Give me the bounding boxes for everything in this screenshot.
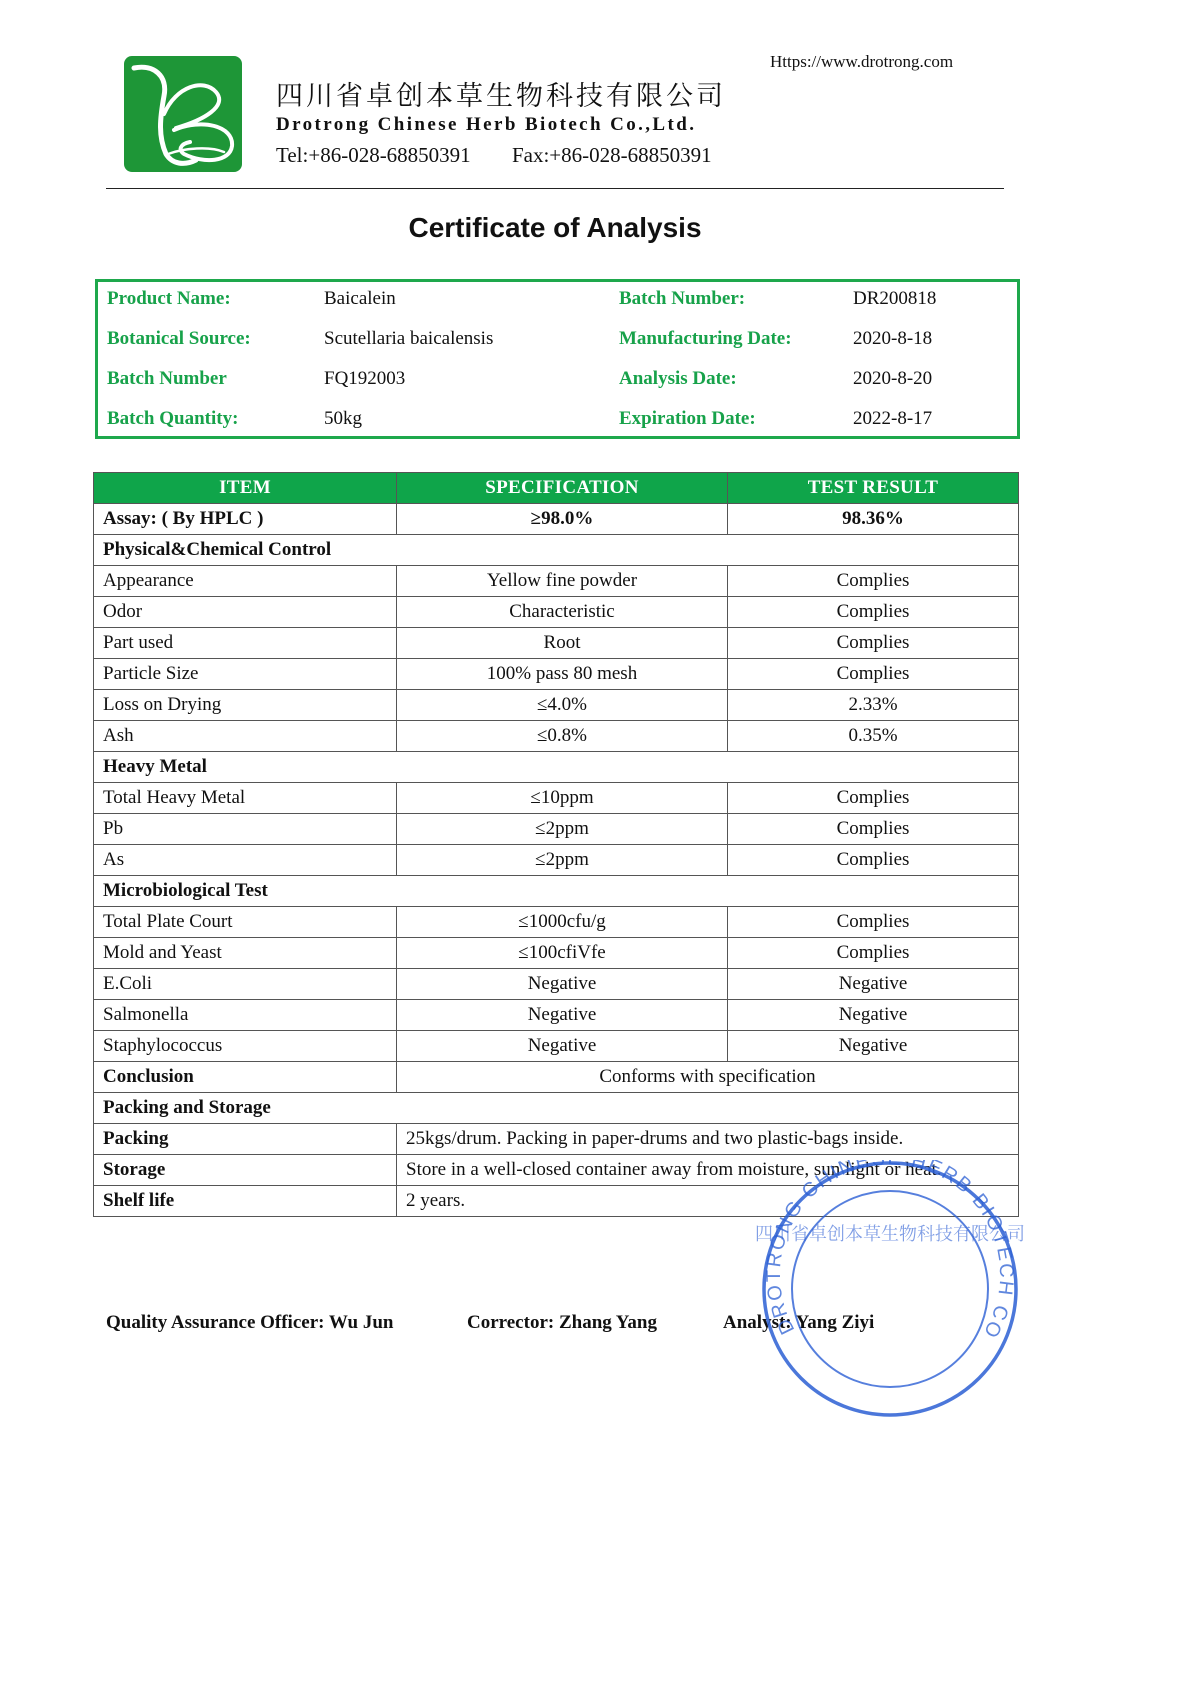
item-cell: Appearance — [94, 566, 397, 597]
table-row: E.ColiNegativeNegative — [94, 969, 1019, 1000]
column-header-test-result: TEST RESULT — [728, 473, 1019, 504]
table-row: Total Heavy Metal≤10ppmComplies — [94, 783, 1019, 814]
test-result-cell: Negative — [728, 1031, 1019, 1062]
packing-row: Packing25kgs/drum. Packing in paper-drum… — [94, 1124, 1019, 1155]
specification-cell: Yellow fine powder — [397, 566, 728, 597]
test-result-cell: 0.35% — [728, 721, 1019, 752]
corrector-signature: Corrector: Zhang Yang — [467, 1312, 657, 1334]
specification-cell: Negative — [397, 969, 728, 1000]
table-row: Ash≤0.8%0.35% — [94, 721, 1019, 752]
page-title: Certificate of Analysis — [0, 212, 1110, 244]
specification-cell: Characteristic — [397, 597, 728, 628]
item-cell: Staphylococcus — [94, 1031, 397, 1062]
assay-item: Assay: ( By HPLC ) — [94, 504, 397, 535]
test-result-cell: Negative — [728, 969, 1019, 1000]
specification-cell: 100% pass 80 mesh — [397, 659, 728, 690]
item-cell: As — [94, 845, 397, 876]
telephone: Tel:+86-028-68850391 — [276, 143, 471, 168]
specification-cell: Negative — [397, 1031, 728, 1062]
botanical-source-label: Botanical Source: — [107, 328, 251, 350]
item-cell: Pb — [94, 814, 397, 845]
test-result-cell: Complies — [728, 783, 1019, 814]
item-cell: E.Coli — [94, 969, 397, 1000]
table-body: Assay: ( By HPLC ) ≥98.0% 98.36% Physica… — [94, 504, 1019, 1217]
table-row: Mold and Yeast≤100cfiVfeComplies — [94, 938, 1019, 969]
fax: Fax:+86-028-68850391 — [512, 143, 712, 168]
test-result-cell: Complies — [728, 659, 1019, 690]
storage-label: Storage — [94, 1155, 397, 1186]
table-header-row: ITEM SPECIFICATION TEST RESULT — [94, 473, 1019, 504]
botanical-source-value: Scutellaria baicalensis — [324, 328, 493, 350]
table-row: Particle Size100% pass 80 meshComplies — [94, 659, 1019, 690]
test-result-cell: 2.33% — [728, 690, 1019, 721]
batch-number-2-label: Batch Number — [107, 368, 227, 390]
specification-cell: ≤10ppm — [397, 783, 728, 814]
product-name-value: Baicalein — [324, 288, 396, 310]
item-cell: Ash — [94, 721, 397, 752]
column-header-item: ITEM — [94, 473, 397, 504]
analyst-signature: Analyst: Yang Ziyi — [723, 1312, 874, 1334]
expiration-date-label: Expiration Date: — [619, 408, 756, 430]
specification-cell: ≤1000cfu/g — [397, 907, 728, 938]
specification-cell: Negative — [397, 1000, 728, 1031]
manufacturing-date-value: 2020-8-18 — [853, 328, 932, 350]
specification-cell: ≤2ppm — [397, 845, 728, 876]
table-row: SalmonellaNegativeNegative — [94, 1000, 1019, 1031]
test-result-cell: Complies — [728, 845, 1019, 876]
table-row: Loss on Drying≤4.0%2.33% — [94, 690, 1019, 721]
section-title: Heavy Metal — [94, 752, 1019, 783]
info-row: Batch Number FQ192003 Analysis Date: 202… — [98, 368, 1017, 408]
specification-cell: Root — [397, 628, 728, 659]
table-row: As≤2ppmComplies — [94, 845, 1019, 876]
section-header-row: Heavy Metal — [94, 752, 1019, 783]
company-name-english: Drotrong Chinese Herb Biotech Co.,Ltd. — [276, 114, 696, 136]
test-result-cell: Complies — [728, 814, 1019, 845]
table-row: StaphylococcusNegativeNegative — [94, 1031, 1019, 1062]
test-result-cell: Complies — [728, 628, 1019, 659]
test-result-cell: Complies — [728, 938, 1019, 969]
batch-number-value: DR200818 — [853, 288, 936, 310]
packing-value: 25kgs/drum. Packing in paper-drums and t… — [397, 1124, 1019, 1155]
assay-row: Assay: ( By HPLC ) ≥98.0% 98.36% — [94, 504, 1019, 535]
assay-spec: ≥98.0% — [397, 504, 728, 535]
specification-cell: ≤0.8% — [397, 721, 728, 752]
item-cell: Particle Size — [94, 659, 397, 690]
table-row: Part usedRootComplies — [94, 628, 1019, 659]
column-header-specification: SPECIFICATION — [397, 473, 728, 504]
item-cell: Mold and Yeast — [94, 938, 397, 969]
analysis-date-label: Analysis Date: — [619, 368, 737, 390]
batch-quantity-label: Batch Quantity: — [107, 408, 238, 430]
svg-text:四川省卓创本草生物科技有限公司: 四川省卓创本草生物科技有限公司 — [755, 1224, 1025, 1245]
info-row: Product Name: Baicalein Batch Number: DR… — [98, 288, 1017, 328]
assay-result: 98.36% — [728, 504, 1019, 535]
leaf-b-logo-icon — [124, 56, 242, 172]
analysis-table: ITEM SPECIFICATION TEST RESULT Assay: ( … — [93, 472, 1019, 1217]
item-cell: Odor — [94, 597, 397, 628]
storage-value: Store in a well-closed container away fr… — [397, 1155, 1019, 1186]
specification-cell: ≤2ppm — [397, 814, 728, 845]
test-result-cell: Complies — [728, 907, 1019, 938]
expiration-date-value: 2022-8-17 — [853, 408, 932, 430]
section-title: Physical&Chemical Control — [94, 535, 1019, 566]
storage-row: StorageStore in a well-closed container … — [94, 1155, 1019, 1186]
conclusion-label: Conclusion — [94, 1062, 397, 1093]
contact-line: Tel:+86-028-68850391 Fax:+86-028-6885039… — [276, 143, 712, 168]
table-row: Pb≤2ppmComplies — [94, 814, 1019, 845]
specification-cell: ≤100cfiVfe — [397, 938, 728, 969]
conclusion-value: Conforms with specification — [397, 1062, 1019, 1093]
shelf-life-value: 2 years. — [397, 1186, 1019, 1217]
item-cell: Total Heavy Metal — [94, 783, 397, 814]
section-header-row: Packing and Storage — [94, 1093, 1019, 1124]
specification-cell: ≤4.0% — [397, 690, 728, 721]
packing-label: Packing — [94, 1124, 397, 1155]
conclusion-row: ConclusionConforms with specification — [94, 1062, 1019, 1093]
section-header-row: Physical&Chemical Control — [94, 535, 1019, 566]
item-cell: Part used — [94, 628, 397, 659]
section-header-row: Microbiological Test — [94, 876, 1019, 907]
test-result-cell: Negative — [728, 1000, 1019, 1031]
manufacturing-date-label: Manufacturing Date: — [619, 328, 792, 350]
analysis-date-value: 2020-8-20 — [853, 368, 932, 390]
company-website-link[interactable]: Https://www.drotrong.com — [770, 52, 953, 72]
company-logo — [124, 56, 242, 172]
shelf-life-row: Shelf life2 years. — [94, 1186, 1019, 1217]
header-divider — [106, 188, 1004, 189]
batch-number-label: Batch Number: — [619, 288, 745, 310]
info-row: Botanical Source: Scutellaria baicalensi… — [98, 328, 1017, 368]
item-cell: Loss on Drying — [94, 690, 397, 721]
section-title: Packing and Storage — [94, 1093, 1019, 1124]
table-row: Total Plate Court≤1000cfu/gComplies — [94, 907, 1019, 938]
qa-officer-signature: Quality Assurance Officer: Wu Jun — [106, 1312, 393, 1334]
batch-number-2-value: FQ192003 — [324, 368, 405, 390]
table-row: AppearanceYellow fine powderComplies — [94, 566, 1019, 597]
test-result-cell: Complies — [728, 566, 1019, 597]
table-row: OdorCharacteristicComplies — [94, 597, 1019, 628]
product-name-label: Product Name: — [107, 288, 231, 310]
test-result-cell: Complies — [728, 597, 1019, 628]
batch-quantity-value: 50kg — [324, 408, 362, 430]
product-info-box: Product Name: Baicalein Batch Number: DR… — [95, 279, 1020, 439]
shelf-life-label: Shelf life — [94, 1186, 397, 1217]
info-row: Batch Quantity: 50kg Expiration Date: 20… — [98, 408, 1017, 448]
section-title: Microbiological Test — [94, 876, 1019, 907]
item-cell: Salmonella — [94, 1000, 397, 1031]
company-name-chinese: 四川省卓创本草生物科技有限公司 — [276, 74, 726, 113]
item-cell: Total Plate Court — [94, 907, 397, 938]
